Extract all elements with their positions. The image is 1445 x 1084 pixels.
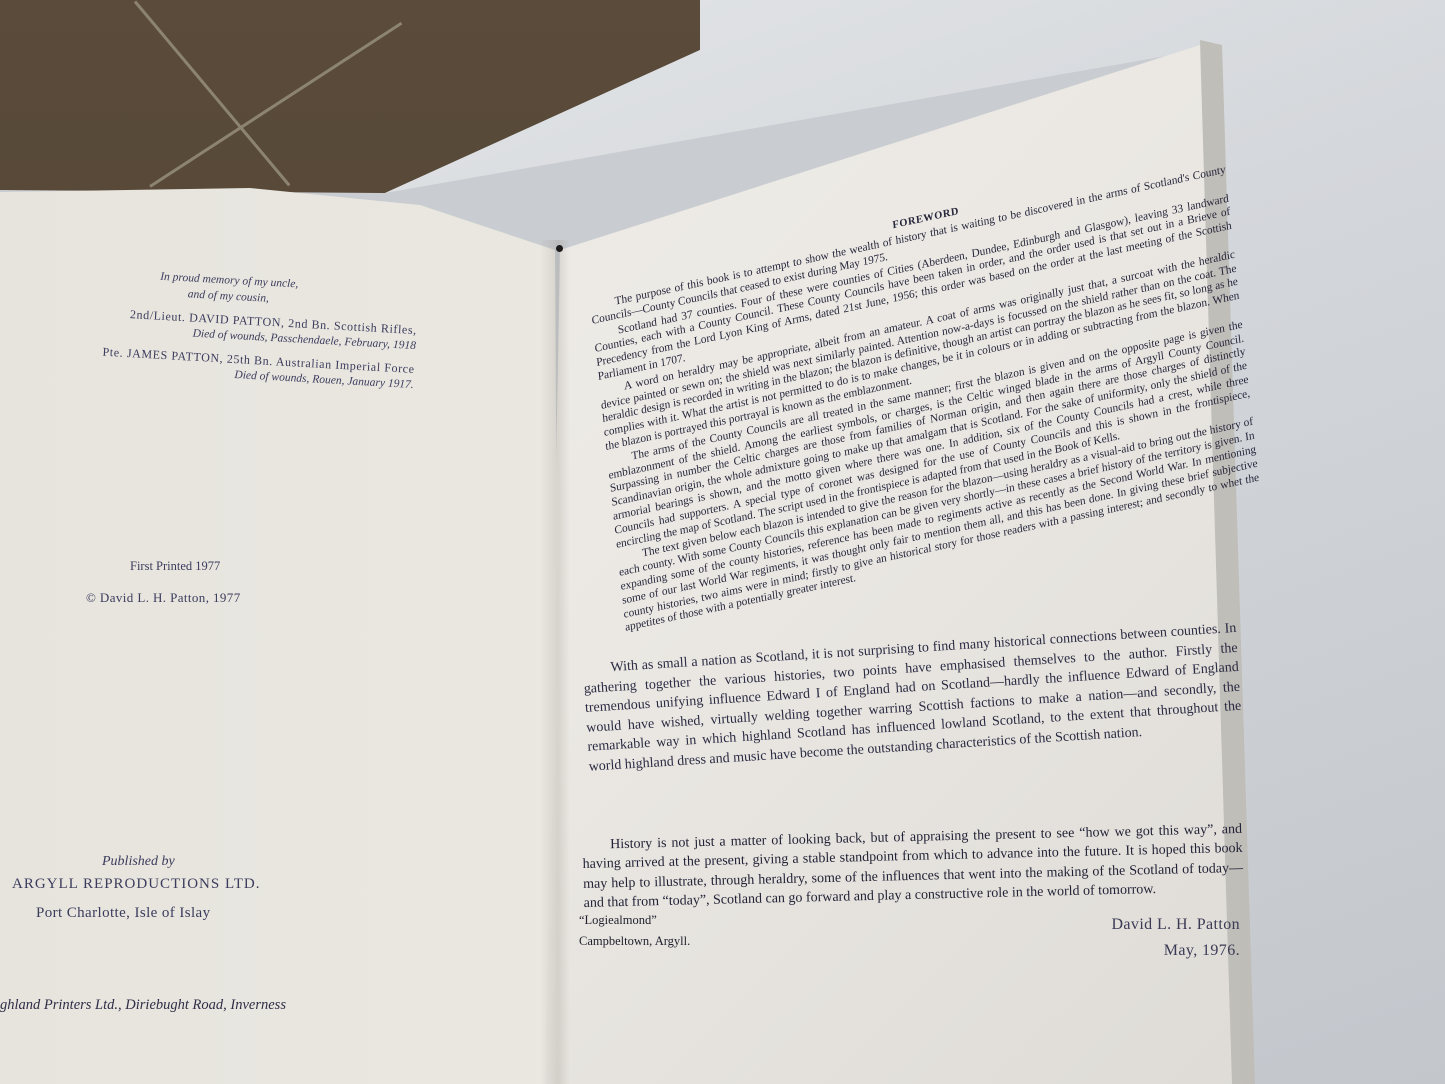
author-address: “Logiealmond” Campbeltown, Argyll. (579, 910, 690, 952)
author-signature: David L. H. Patton May, 1976. (1050, 912, 1240, 964)
address-house: “Logiealmond” (579, 910, 690, 931)
publisher-name: ARGYLL REPRODUCTIONS LTD. (12, 876, 260, 893)
spine-mark (556, 245, 563, 252)
address-town: Campbeltown, Argyll. (579, 931, 690, 952)
foreword-paragraph: History is not just a matter of looking … (582, 820, 1244, 914)
publisher-place: Port Charlotte, Isle of Islay (36, 905, 210, 922)
foreword-closing: History is not just a matter of looking … (582, 820, 1244, 914)
signature-date: May, 1976. (1050, 938, 1240, 964)
printer-credit: ghland Printers Ltd., Diriebught Road, I… (0, 997, 286, 1014)
book-gutter (540, 240, 570, 1084)
dedication: In proud memory of my uncle, and of my c… (34, 262, 420, 393)
publisher-label: Published by (102, 854, 175, 870)
copyright-notice: © David L. H. Patton, 1977 (86, 590, 241, 606)
first-printed: First Printed 1977 (130, 559, 220, 574)
signature-name: David L. H. Patton (1050, 912, 1240, 938)
